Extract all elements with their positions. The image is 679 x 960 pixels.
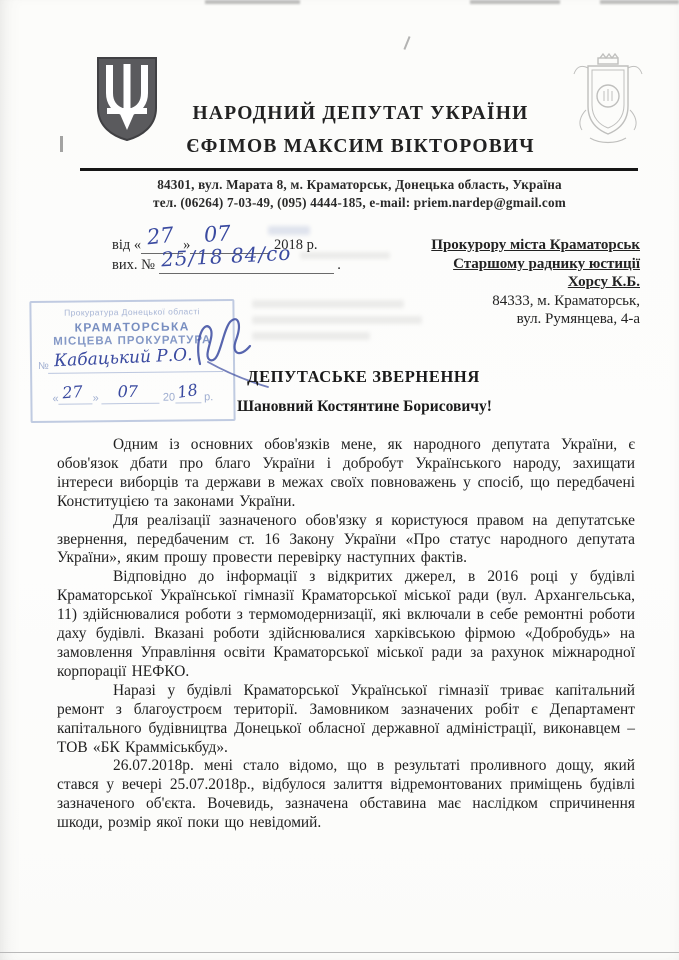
date-prefix-label: від « (112, 237, 141, 253)
scan-noise (205, 0, 300, 4)
handwritten-day: 27 (146, 223, 175, 250)
document-title: ДЕПУТАСЬКЕ ЗВЕРНЕННЯ (24, 367, 679, 387)
paragraph-flooding-incident: 26.07.2018р. мені стало відомо, що в рез… (57, 757, 635, 833)
recipient-rank: Старшому раднику юстиції (431, 255, 640, 274)
scan-mark (403, 36, 410, 50)
letter-body: Одним із основних обов'язків мене, як на… (57, 436, 635, 833)
stamp-year-blank: 18 (175, 389, 201, 403)
recipient-position: Прокурору міста Краматорськ (431, 236, 640, 255)
page-bottom-edge (0, 952, 679, 953)
paragraph-legal-basis: Для реалізації зазначеного обов'язку я к… (57, 512, 635, 569)
letterhead-rule (80, 168, 638, 171)
outgoing-number-blank: 25/18 84/со (159, 257, 334, 274)
scan-noise (600, 0, 679, 4)
recipient-name: Хорсу К.Б. (431, 273, 640, 292)
scan-noise (470, 0, 560, 4)
recipient-postal: 84333, м. Краматорськ, (431, 292, 640, 311)
letterhead-contacts: тел. (06264) 7-03-49, (095) 4444-185, e-… (20, 195, 679, 211)
letterhead-deputy-name: ЄФІМОВ МАКСИМ ВІКТОРОВИЧ (21, 136, 679, 158)
letterhead-title: НАРОДНИЙ ДЕПУТАТ УКРАЇНИ (21, 103, 679, 125)
stamp-date-suffix: р. (204, 391, 213, 403)
paragraph-current-repair: Наразі у будівлі Краматорської Українськ… (57, 682, 635, 758)
ukraine-trident-coat-of-arms-icon (94, 56, 160, 142)
paragraph-duty: Одним із основних обов'язків мене, як на… (57, 436, 635, 512)
reference-number-row: вих. № 25/18 84/со . (112, 257, 341, 274)
scanned-letter-page: НАРОДНИЙ ДЕПУТАТ УКРАЇНИ ЄФІМОВ МАКСИМ В… (0, 0, 679, 960)
number-period: . (337, 257, 341, 273)
stamp-year-prefix: 20 (163, 392, 175, 404)
salutation: Шановний Костянтине Борисовичу! (237, 398, 492, 416)
stamp-month-blank: 07 (102, 390, 160, 405)
ink-bleed (268, 226, 310, 235)
recipient-block: Прокурору міста Краматорськ Старшому рад… (431, 236, 640, 329)
recipient-street: вул. Румянцева, 4-а (431, 310, 640, 329)
paragraph-2016-works: Відповідно до інформації з відкритих дже… (57, 568, 635, 681)
text-bleed (252, 300, 404, 308)
stamp-date-close: » (93, 392, 99, 404)
stamp-day-blank: 27 (58, 390, 92, 404)
text-bleed (300, 252, 390, 259)
stamp-date-row: «27» 07 2018 р. (32, 389, 233, 405)
outgoing-number-label: вих. № (112, 257, 155, 273)
letterhead-address: 84301, вул. Марата 8, м. Краматорськ, До… (20, 177, 679, 193)
